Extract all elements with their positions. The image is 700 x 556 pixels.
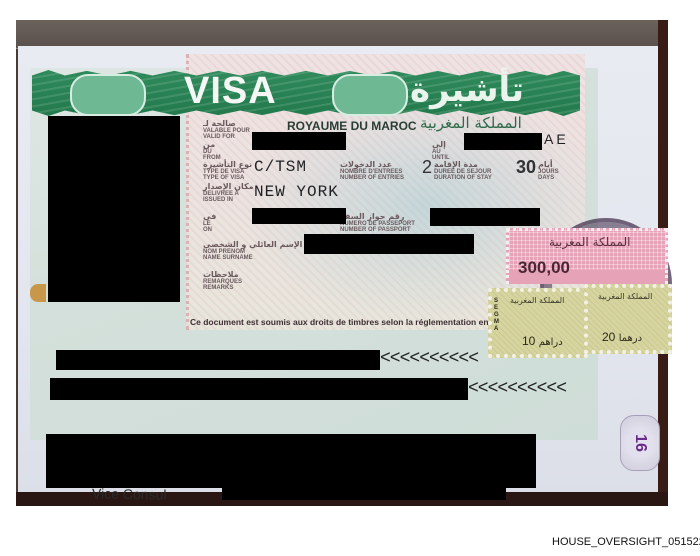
issuer-code-suffix: AE bbox=[544, 131, 569, 147]
issuer-name: ROYAUME DU MAROC bbox=[287, 119, 417, 133]
passport-cover-edge bbox=[16, 20, 666, 49]
fiscal-stamp-10-unit: دراهم bbox=[539, 337, 563, 348]
label-passport-number: رقم جواز السفر NUMERO DE PASSEPORT NUMBE… bbox=[340, 212, 415, 233]
visa-title: VISA bbox=[184, 70, 277, 113]
stamp-duty-disclaimer: Ce document est soumis aux droits de tim… bbox=[190, 317, 503, 327]
label-duration-of-stay: مدة الإقامة DUREE DE SEJOUR DURATION OF … bbox=[434, 160, 492, 181]
redacted-passport-number bbox=[430, 208, 540, 226]
fiscal-stamp-20-amount: 20 bbox=[602, 330, 615, 344]
segma-side-text: SEGMA bbox=[494, 298, 500, 333]
photo-redaction bbox=[48, 116, 180, 302]
label-type-of-visa: نوع التأشيرة TYPE DE VISA TYPE OF VISA bbox=[203, 160, 252, 181]
label-issued-in: مكان الإصدار DELIVREE A ISSUED IN bbox=[203, 182, 254, 203]
fiscal-stamp-20: المملكة المغربية 20 درهما bbox=[584, 284, 672, 354]
label-remarks: ملاحظات REMARQUES REMARKS bbox=[203, 270, 242, 291]
page-number: 16 bbox=[631, 434, 649, 452]
redacted-valid-for bbox=[252, 132, 346, 150]
value-type-of-visa: C/TSM bbox=[254, 158, 307, 176]
banner-emblem-center bbox=[332, 74, 408, 116]
redacted-mrz-line-1 bbox=[56, 350, 380, 370]
label-until: إلى AU UNTIL bbox=[432, 140, 450, 161]
visa-title-arabic: تأشيرة bbox=[410, 70, 524, 110]
photo-edge bbox=[30, 284, 46, 302]
page-number-badge: 16 bbox=[620, 415, 660, 471]
signer-title: Vice Consul bbox=[92, 485, 167, 502]
fiscal-stamp-20-unit: درهما bbox=[619, 333, 642, 344]
fiscal-stamp-large-amount: 300,00 bbox=[518, 258, 570, 278]
redacted-name bbox=[304, 234, 474, 254]
value-number-of-entries: 2 bbox=[422, 157, 432, 178]
label-valid-for: صالحة لـ VALABLE POUR VALID FOR bbox=[203, 119, 250, 140]
label-on: في LE ON bbox=[203, 212, 216, 233]
mrz-line-2-filler: <<<<<<<<<< bbox=[468, 379, 566, 399]
redacted-signer-name bbox=[222, 486, 506, 500]
document-id: HOUSE_OVERSIGHT_051522 bbox=[552, 536, 700, 548]
label-number-of-entries: عدد الدخولات NOMBRE D'ENTREES NUMBER OF … bbox=[340, 160, 404, 181]
value-duration-of-stay: 30 bbox=[516, 157, 536, 178]
redacted-until bbox=[464, 133, 542, 150]
label-from: من DU FROM bbox=[203, 140, 221, 161]
issuer-name-arabic: المملكة المغربية bbox=[420, 114, 522, 132]
banner-emblem-left bbox=[70, 74, 146, 116]
fiscal-stamp-10: المملكة المغربية 10 دراهم bbox=[488, 288, 588, 358]
label-name: الإسم العائلي و الشخصي NOM PRENOM NAME S… bbox=[203, 240, 302, 261]
mrz-line-1-filler: <<<<<<<<<< bbox=[380, 349, 478, 369]
fiscal-stamp-10-amount: 10 bbox=[522, 334, 535, 348]
redacted-signature bbox=[46, 434, 536, 488]
redacted-mrz-line-2 bbox=[50, 378, 468, 400]
value-issued-in: NEW YORK bbox=[254, 183, 339, 201]
redacted-issue-date bbox=[252, 208, 346, 224]
fiscal-stamp-large-header: المملكة المغربية bbox=[549, 235, 630, 249]
label-duration-unit: أيام JOURS DAYS bbox=[538, 160, 559, 181]
